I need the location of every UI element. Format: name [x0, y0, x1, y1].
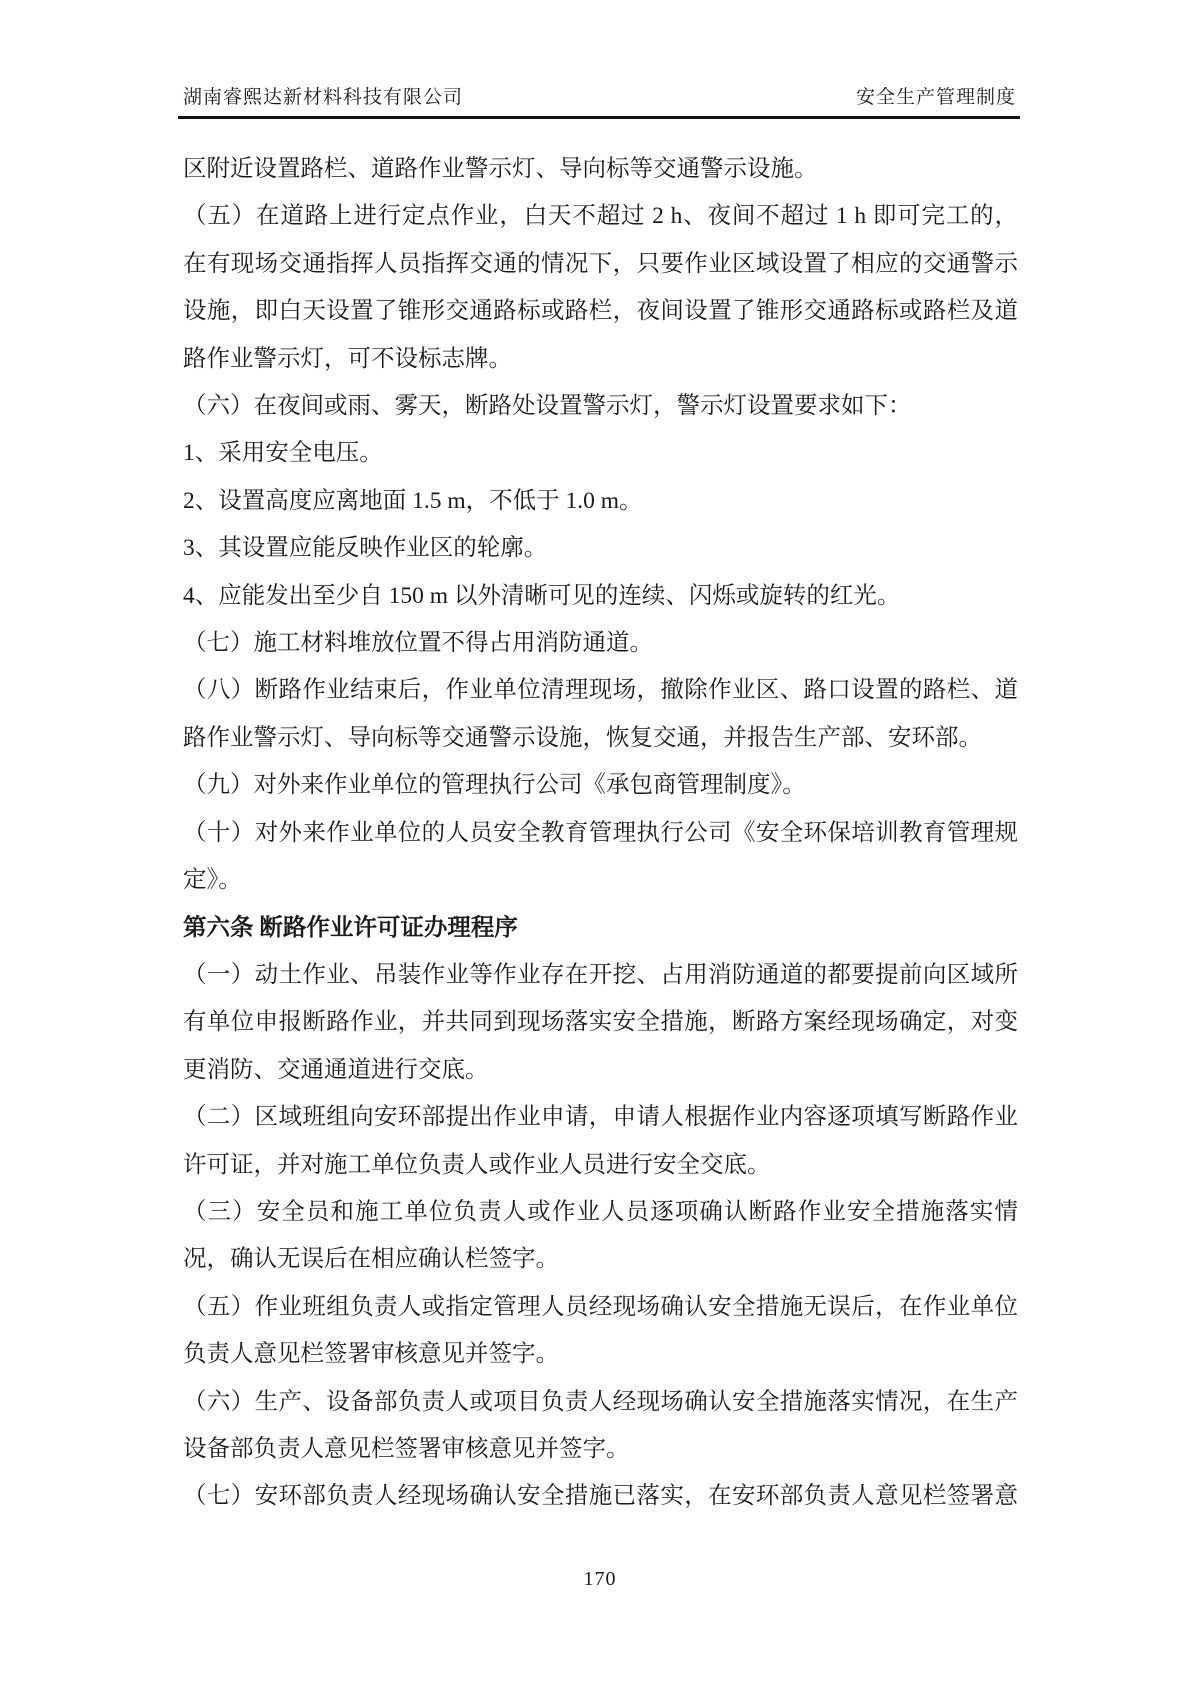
- paragraph: 3、其设置应能反映作业区的轮廓。: [183, 525, 1018, 572]
- paragraph: （六）生产、设备部负责人或项目负责人经现场确认安全措施落实情况，在生产设备部负责…: [183, 1379, 1018, 1474]
- document-body: 区附近设置路栏、道路作业警示灯、导向标等交通警示设施。（五）在道路上进行定点作业…: [183, 146, 1018, 1521]
- paragraph: （五）作业班组负责人或指定管理人员经现场确认安全措施无误后，在作业单位负责人意见…: [183, 1284, 1018, 1379]
- paragraph: （二）区域班组向安环部提出作业申请，申请人根据作业内容逐项填写断路作业许可证，并…: [183, 1094, 1018, 1189]
- text-line: 路作业警示灯、导向标等交通警示设施，恢复交通，并报告生产部、安环部。: [183, 715, 1018, 762]
- text-line: 第六条 断路作业许可证办理程序: [183, 905, 1018, 952]
- page-number: 170: [584, 1568, 617, 1590]
- paragraph: （九）对外来作业单位的管理执行公司《承包商管理制度》。: [183, 762, 1018, 809]
- text-line: 3、其设置应能反映作业区的轮廓。: [183, 525, 1018, 572]
- text-line: 定》。: [183, 857, 1018, 904]
- text-line: 负责人意见栏签署审核意见并签字。: [183, 1331, 1018, 1378]
- text-line: 2、设置高度应离地面 1.5 m，不低于 1.0 m。: [183, 478, 1018, 525]
- paragraph: （三）安全员和施工单位负责人或作业人员逐项确认断路作业安全措施落实情况，确认无误…: [183, 1189, 1018, 1284]
- text-line: （九）对外来作业单位的管理执行公司《承包商管理制度》。: [183, 762, 1018, 809]
- text-line: （七）安环部负责人经现场确认安全措施已落实，在安环部负责人意见栏签署意: [183, 1473, 1018, 1520]
- text-line: 路作业警示灯，可不设标志牌。: [183, 336, 1018, 383]
- text-line: （五）在道路上进行定点作业，白天不超过 2 h、夜间不超过 1 h 即可完工的，: [183, 193, 1018, 240]
- document-page: 湖南睿熙达新材料科技有限公司 安全生产管理制度 区附近设置路栏、道路作业警示灯、…: [0, 0, 1200, 1697]
- paragraph: （十）对外来作业单位的人员安全教育管理执行公司《安全环保培训教育管理规定》。: [183, 810, 1018, 905]
- text-line: 1、采用安全电压。: [183, 430, 1018, 477]
- text-line: （十）对外来作业单位的人员安全教育管理执行公司《安全环保培训教育管理规: [183, 810, 1018, 857]
- text-line: （一）动土作业、吊装作业等作业存在开挖、占用消防通道的都要提前向区域所: [183, 952, 1018, 999]
- text-line: 况，确认无误后在相应确认栏签字。: [183, 1236, 1018, 1283]
- text-line: （六）在夜间或雨、雾天，断路处设置警示灯，警示灯设置要求如下：: [183, 383, 1018, 430]
- text-line: （八）断路作业结束后，作业单位清理现场，撤除作业区、路口设置的路栏、道: [183, 667, 1018, 714]
- page-footer: 170: [0, 1568, 1200, 1591]
- text-line: 区附近设置路栏、道路作业警示灯、导向标等交通警示设施。: [183, 146, 1018, 193]
- text-line: 设施，即白天设置了锥形交通路标或路栏，夜间设置了锥形交通路标或路栏及道: [183, 288, 1018, 335]
- text-line: （六）生产、设备部负责人或项目负责人经现场确认安全措施落实情况，在生产: [183, 1379, 1018, 1426]
- paragraph: （七）施工材料堆放位置不得占用消防通道。: [183, 620, 1018, 667]
- paragraph: 2、设置高度应离地面 1.5 m，不低于 1.0 m。: [183, 478, 1018, 525]
- text-line: 更消防、交通通道进行交底。: [183, 1047, 1018, 1094]
- text-line: 有单位申报断路作业，并共同到现场落实安全措施，断路方案经现场确定，对变: [183, 999, 1018, 1046]
- paragraph: 1、采用安全电压。: [183, 430, 1018, 477]
- header-company-name: 湖南睿熙达新材料科技有限公司: [183, 82, 463, 109]
- text-line: 设备部负责人意见栏签署审核意见并签字。: [183, 1426, 1018, 1473]
- header-row: 湖南睿熙达新材料科技有限公司 安全生产管理制度: [178, 82, 1020, 109]
- paragraph: 区附近设置路栏、道路作业警示灯、导向标等交通警示设施。: [183, 146, 1018, 193]
- paragraph: 4、应能发出至少自 150 m 以外清晰可见的连续、闪烁或旋转的红光。: [183, 573, 1018, 620]
- text-line: （五）作业班组负责人或指定管理人员经现场确认安全措施无误后，在作业单位: [183, 1284, 1018, 1331]
- text-line: （三）安全员和施工单位负责人或作业人员逐项确认断路作业安全措施落实情: [183, 1189, 1018, 1236]
- text-line: 在有现场交通指挥人员指挥交通的情况下，只要作业区域设置了相应的交通警示: [183, 241, 1018, 288]
- header-rule-line: [178, 116, 1020, 119]
- section-heading: 第六条 断路作业许可证办理程序: [183, 905, 1018, 952]
- text-line: 4、应能发出至少自 150 m 以外清晰可见的连续、闪烁或旋转的红光。: [183, 573, 1018, 620]
- paragraph: （六）在夜间或雨、雾天，断路处设置警示灯，警示灯设置要求如下：: [183, 383, 1018, 430]
- paragraph: （八）断路作业结束后，作业单位清理现场，撤除作业区、路口设置的路栏、道路作业警示…: [183, 667, 1018, 762]
- paragraph: （五）在道路上进行定点作业，白天不超过 2 h、夜间不超过 1 h 即可完工的，…: [183, 193, 1018, 383]
- page-header: 湖南睿熙达新材料科技有限公司 安全生产管理制度: [178, 82, 1020, 119]
- text-line: 许可证，并对施工单位负责人或作业人员进行安全交底。: [183, 1142, 1018, 1189]
- header-document-title: 安全生产管理制度: [856, 82, 1016, 109]
- text-line: （二）区域班组向安环部提出作业申请，申请人根据作业内容逐项填写断路作业: [183, 1094, 1018, 1141]
- paragraph: （七）安环部负责人经现场确认安全措施已落实，在安环部负责人意见栏签署意: [183, 1473, 1018, 1520]
- text-line: （七）施工材料堆放位置不得占用消防通道。: [183, 620, 1018, 667]
- paragraph: （一）动土作业、吊装作业等作业存在开挖、占用消防通道的都要提前向区域所有单位申报…: [183, 952, 1018, 1094]
